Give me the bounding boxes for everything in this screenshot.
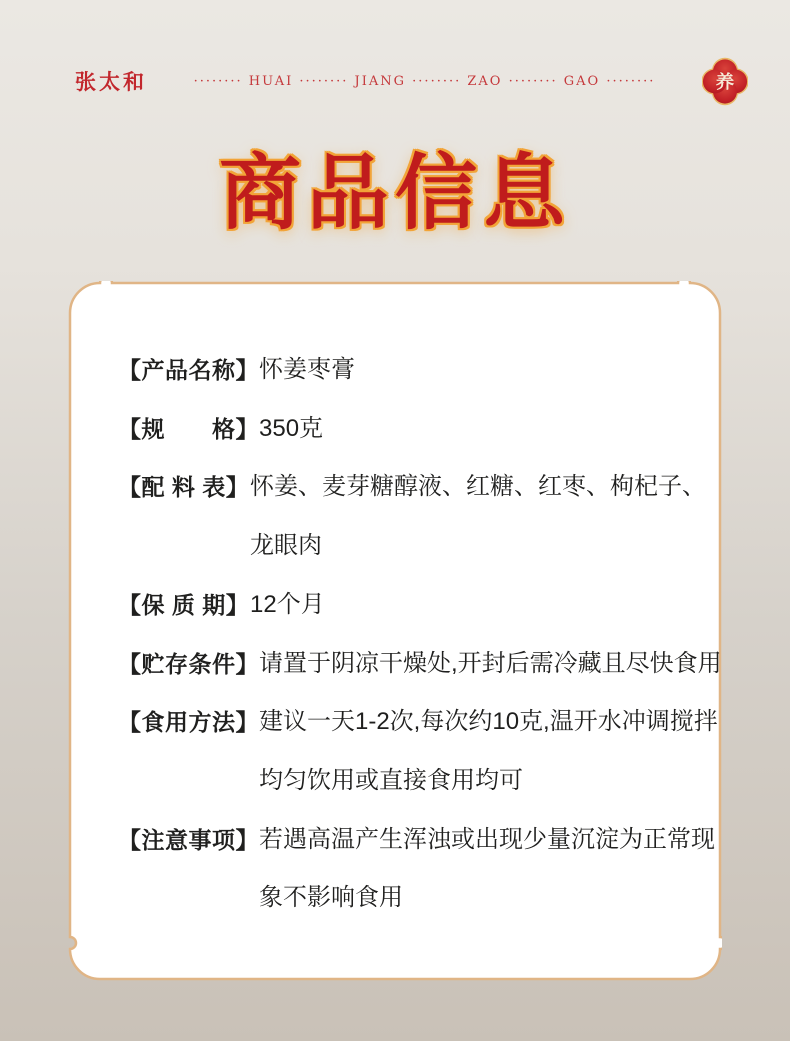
info-label: 【保 质 期】 [118, 576, 250, 635]
brand-header: 张太和 ········ HUAI ········ JIANG ·······… [75, 57, 748, 105]
pinyin-tagline: ········ HUAI ········ JIANG ········ ZA… [147, 74, 702, 89]
info-row-storage: 【贮存条件】 请置于阴凉干燥处,开封后需冷藏且尽快食用 [118, 635, 694, 694]
info-value-line: 龙眼肉 [250, 517, 706, 576]
info-value: 建议一天1-2次,每次约10克,温开水冲调搅拌 均匀饮用或直接食用均可 [259, 693, 718, 810]
info-label: 【配 料 表】 [118, 458, 250, 517]
badge-character: 养 [716, 70, 735, 92]
info-label: 【产品名称】 [118, 341, 259, 400]
info-row-shelf-life: 【保 质 期】 12个月 [118, 576, 694, 635]
info-row-precautions: 【注意事项】 若遇高温产生浑浊或出现少量沉淀为正常现 象不影响食用 [118, 811, 694, 928]
info-label: 【注意事项】 [118, 811, 259, 870]
info-value-line: 建议一天1-2次,每次约10克,温开水冲调搅拌 [259, 693, 718, 752]
info-value-line: 怀姜、麦芽糖醇液、红糖、红枣、枸杞子、 [250, 458, 706, 517]
page-title: 商品信息 [0, 128, 790, 245]
info-value-line: 均匀饮用或直接食用均可 [259, 752, 718, 811]
info-value: 怀姜枣膏 [259, 341, 694, 400]
info-value: 350克 [259, 400, 694, 459]
info-value: 12个月 [250, 576, 694, 635]
info-label: 【规 格】 [118, 400, 259, 459]
info-label: 【贮存条件】 [118, 635, 259, 694]
info-row-specification: 【规 格】 350克 [118, 400, 694, 459]
product-info-page: 张太和 ········ HUAI ········ JIANG ·······… [0, 0, 790, 1041]
brand-name: 张太和 [75, 66, 147, 96]
info-value: 怀姜、麦芽糖醇液、红糖、红枣、枸杞子、 龙眼肉 [250, 458, 706, 575]
info-value-line: 怀姜枣膏 [259, 341, 694, 400]
info-row-product-name: 【产品名称】 怀姜枣膏 [118, 341, 694, 400]
product-info-card: 【产品名称】 怀姜枣膏 【规 格】 350克 【配 料 表】 怀姜、麦芽糖醇液、… [68, 281, 722, 981]
info-label: 【食用方法】 [118, 693, 259, 752]
info-value-line: 350克 [259, 400, 694, 459]
info-value: 若遇高温产生浑浊或出现少量沉淀为正常现 象不影响食用 [259, 811, 715, 928]
info-value-line: 12个月 [250, 576, 694, 635]
info-value: 请置于阴凉干燥处,开封后需冷藏且尽快食用 [259, 635, 722, 694]
quatrefoil-seal-icon: 养 [702, 57, 748, 106]
info-value-line: 象不影响食用 [259, 869, 715, 928]
product-attributes-list: 【产品名称】 怀姜枣膏 【规 格】 350克 【配 料 表】 怀姜、麦芽糖醇液、… [68, 281, 722, 981]
nourish-seal-badge: 养 [702, 57, 748, 106]
info-value-line: 若遇高温产生浑浊或出现少量沉淀为正常现 [259, 811, 715, 870]
info-row-usage: 【食用方法】 建议一天1-2次,每次约10克,温开水冲调搅拌 均匀饮用或直接食用… [118, 693, 694, 810]
info-value-line: 请置于阴凉干燥处,开封后需冷藏且尽快食用 [259, 635, 722, 694]
info-row-ingredients: 【配 料 表】 怀姜、麦芽糖醇液、红糖、红枣、枸杞子、 龙眼肉 [118, 458, 694, 575]
